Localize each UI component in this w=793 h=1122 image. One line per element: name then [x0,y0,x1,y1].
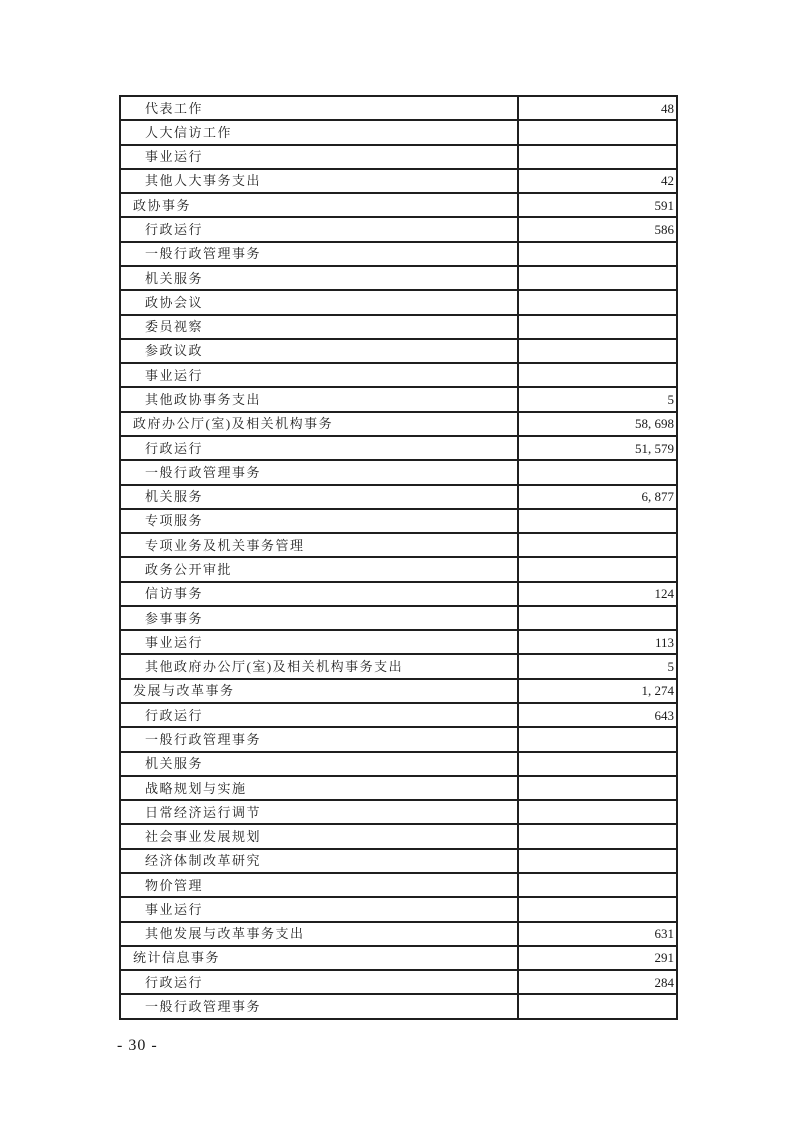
item-label-cell: 事业运行 [120,630,518,654]
table-row: 政协事务591 [120,193,677,217]
item-label-cell: 政府办公厅(室)及相关机构事务 [120,412,518,436]
amount-value-cell: 586 [518,217,677,241]
amount-value-cell [518,145,677,169]
item-label-cell: 政务公开审批 [120,557,518,581]
item-label-cell: 专项服务 [120,509,518,533]
table-row: 机关服务 [120,266,677,290]
table-row: 人大信访工作 [120,120,677,144]
item-label-cell: 代表工作 [120,96,518,120]
table-row: 其他人大事务支出42 [120,169,677,193]
item-label-cell: 机关服务 [120,266,518,290]
item-label-cell: 政协事务 [120,193,518,217]
table-row: 事业运行 [120,145,677,169]
item-label-cell: 一般行政管理事务 [120,994,518,1019]
table-row: 一般行政管理事务 [120,727,677,751]
amount-value-cell: 48 [518,96,677,120]
table-row: 事业运行 [120,897,677,921]
amount-value-cell [518,752,677,776]
table-row: 政务公开审批 [120,557,677,581]
amount-value-cell [518,873,677,897]
table-row: 其他政府办公厅(室)及相关机构事务支出5 [120,654,677,678]
table-row: 行政运行51, 579 [120,436,677,460]
amount-value-cell [518,120,677,144]
item-label-cell: 政协会议 [120,290,518,314]
item-label-cell: 其他发展与改革事务支出 [120,922,518,946]
amount-value-cell: 591 [518,193,677,217]
amount-value-cell [518,290,677,314]
amount-value-cell: 42 [518,169,677,193]
amount-value-cell [518,824,677,848]
table-row: 专项服务 [120,509,677,533]
amount-value-cell: 6, 877 [518,485,677,509]
item-label-cell: 事业运行 [120,363,518,387]
table-row: 专项业务及机关事务管理 [120,533,677,557]
amount-value-cell [518,557,677,581]
table-row: 社会事业发展规划 [120,824,677,848]
amount-value-cell [518,509,677,533]
amount-value-cell [518,849,677,873]
amount-value-cell [518,242,677,266]
table-row: 事业运行113 [120,630,677,654]
table-row: 代表工作48 [120,96,677,120]
table-row: 统计信息事务291 [120,946,677,970]
item-label-cell: 事业运行 [120,145,518,169]
table-row: 一般行政管理事务 [120,994,677,1019]
amount-value-cell [518,315,677,339]
amount-value-cell: 631 [518,922,677,946]
item-label-cell: 委员视察 [120,315,518,339]
item-label-cell: 社会事业发展规划 [120,824,518,848]
item-label-cell: 日常经济运行调节 [120,800,518,824]
budget-table-body: 代表工作48人大信访工作事业运行其他人大事务支出42政协事务591行政运行586… [120,96,677,1019]
amount-value-cell: 58, 698 [518,412,677,436]
item-label-cell: 专项业务及机关事务管理 [120,533,518,557]
item-label-cell: 行政运行 [120,703,518,727]
table-row: 机关服务6, 877 [120,485,677,509]
amount-value-cell: 124 [518,582,677,606]
amount-value-cell [518,266,677,290]
item-label-cell: 行政运行 [120,436,518,460]
item-label-cell: 物价管理 [120,873,518,897]
table-row: 行政运行586 [120,217,677,241]
table-row: 其他政协事务支出5 [120,387,677,411]
table-row: 行政运行643 [120,703,677,727]
amount-value-cell: 5 [518,387,677,411]
item-label-cell: 一般行政管理事务 [120,727,518,751]
item-label-cell: 信访事务 [120,582,518,606]
page-number: - 30 - [117,1037,158,1055]
amount-value-cell [518,363,677,387]
budget-expenditure-table: 代表工作48人大信访工作事业运行其他人大事务支出42政协事务591行政运行586… [119,95,678,1020]
item-label-cell: 参政议政 [120,339,518,363]
item-label-cell: 事业运行 [120,897,518,921]
item-label-cell: 一般行政管理事务 [120,242,518,266]
item-label-cell: 一般行政管理事务 [120,460,518,484]
table-row: 参事事务 [120,606,677,630]
amount-value-cell [518,727,677,751]
item-label-cell: 机关服务 [120,485,518,509]
table-row: 一般行政管理事务 [120,242,677,266]
table-row: 参政议政 [120,339,677,363]
item-label-cell: 行政运行 [120,970,518,994]
table-row: 政府办公厅(室)及相关机构事务58, 698 [120,412,677,436]
amount-value-cell: 284 [518,970,677,994]
amount-value-cell: 291 [518,946,677,970]
item-label-cell: 机关服务 [120,752,518,776]
table-row: 日常经济运行调节 [120,800,677,824]
amount-value-cell [518,800,677,824]
table-row: 战略规划与实施 [120,776,677,800]
document-page: 代表工作48人大信访工作事业运行其他人大事务支出42政协事务591行政运行586… [0,0,793,1122]
amount-value-cell: 113 [518,630,677,654]
table-row: 行政运行284 [120,970,677,994]
table-row: 政协会议 [120,290,677,314]
item-label-cell: 其他政府办公厅(室)及相关机构事务支出 [120,654,518,678]
item-label-cell: 统计信息事务 [120,946,518,970]
item-label-cell: 战略规划与实施 [120,776,518,800]
item-label-cell: 人大信访工作 [120,120,518,144]
amount-value-cell [518,339,677,363]
table-row: 一般行政管理事务 [120,460,677,484]
table-row: 物价管理 [120,873,677,897]
table-row: 经济体制改革研究 [120,849,677,873]
table-row: 委员视察 [120,315,677,339]
amount-value-cell [518,533,677,557]
amount-value-cell: 51, 579 [518,436,677,460]
item-label-cell: 其他人大事务支出 [120,169,518,193]
table-row: 机关服务 [120,752,677,776]
table-row: 其他发展与改革事务支出631 [120,922,677,946]
item-label-cell: 发展与改革事务 [120,679,518,703]
item-label-cell: 其他政协事务支出 [120,387,518,411]
amount-value-cell: 643 [518,703,677,727]
amount-value-cell [518,897,677,921]
amount-value-cell: 1, 274 [518,679,677,703]
amount-value-cell [518,460,677,484]
table-row: 事业运行 [120,363,677,387]
item-label-cell: 行政运行 [120,217,518,241]
item-label-cell: 经济体制改革研究 [120,849,518,873]
amount-value-cell [518,606,677,630]
amount-value-cell: 5 [518,654,677,678]
amount-value-cell [518,994,677,1019]
amount-value-cell [518,776,677,800]
table-row: 发展与改革事务1, 274 [120,679,677,703]
item-label-cell: 参事事务 [120,606,518,630]
table-row: 信访事务124 [120,582,677,606]
